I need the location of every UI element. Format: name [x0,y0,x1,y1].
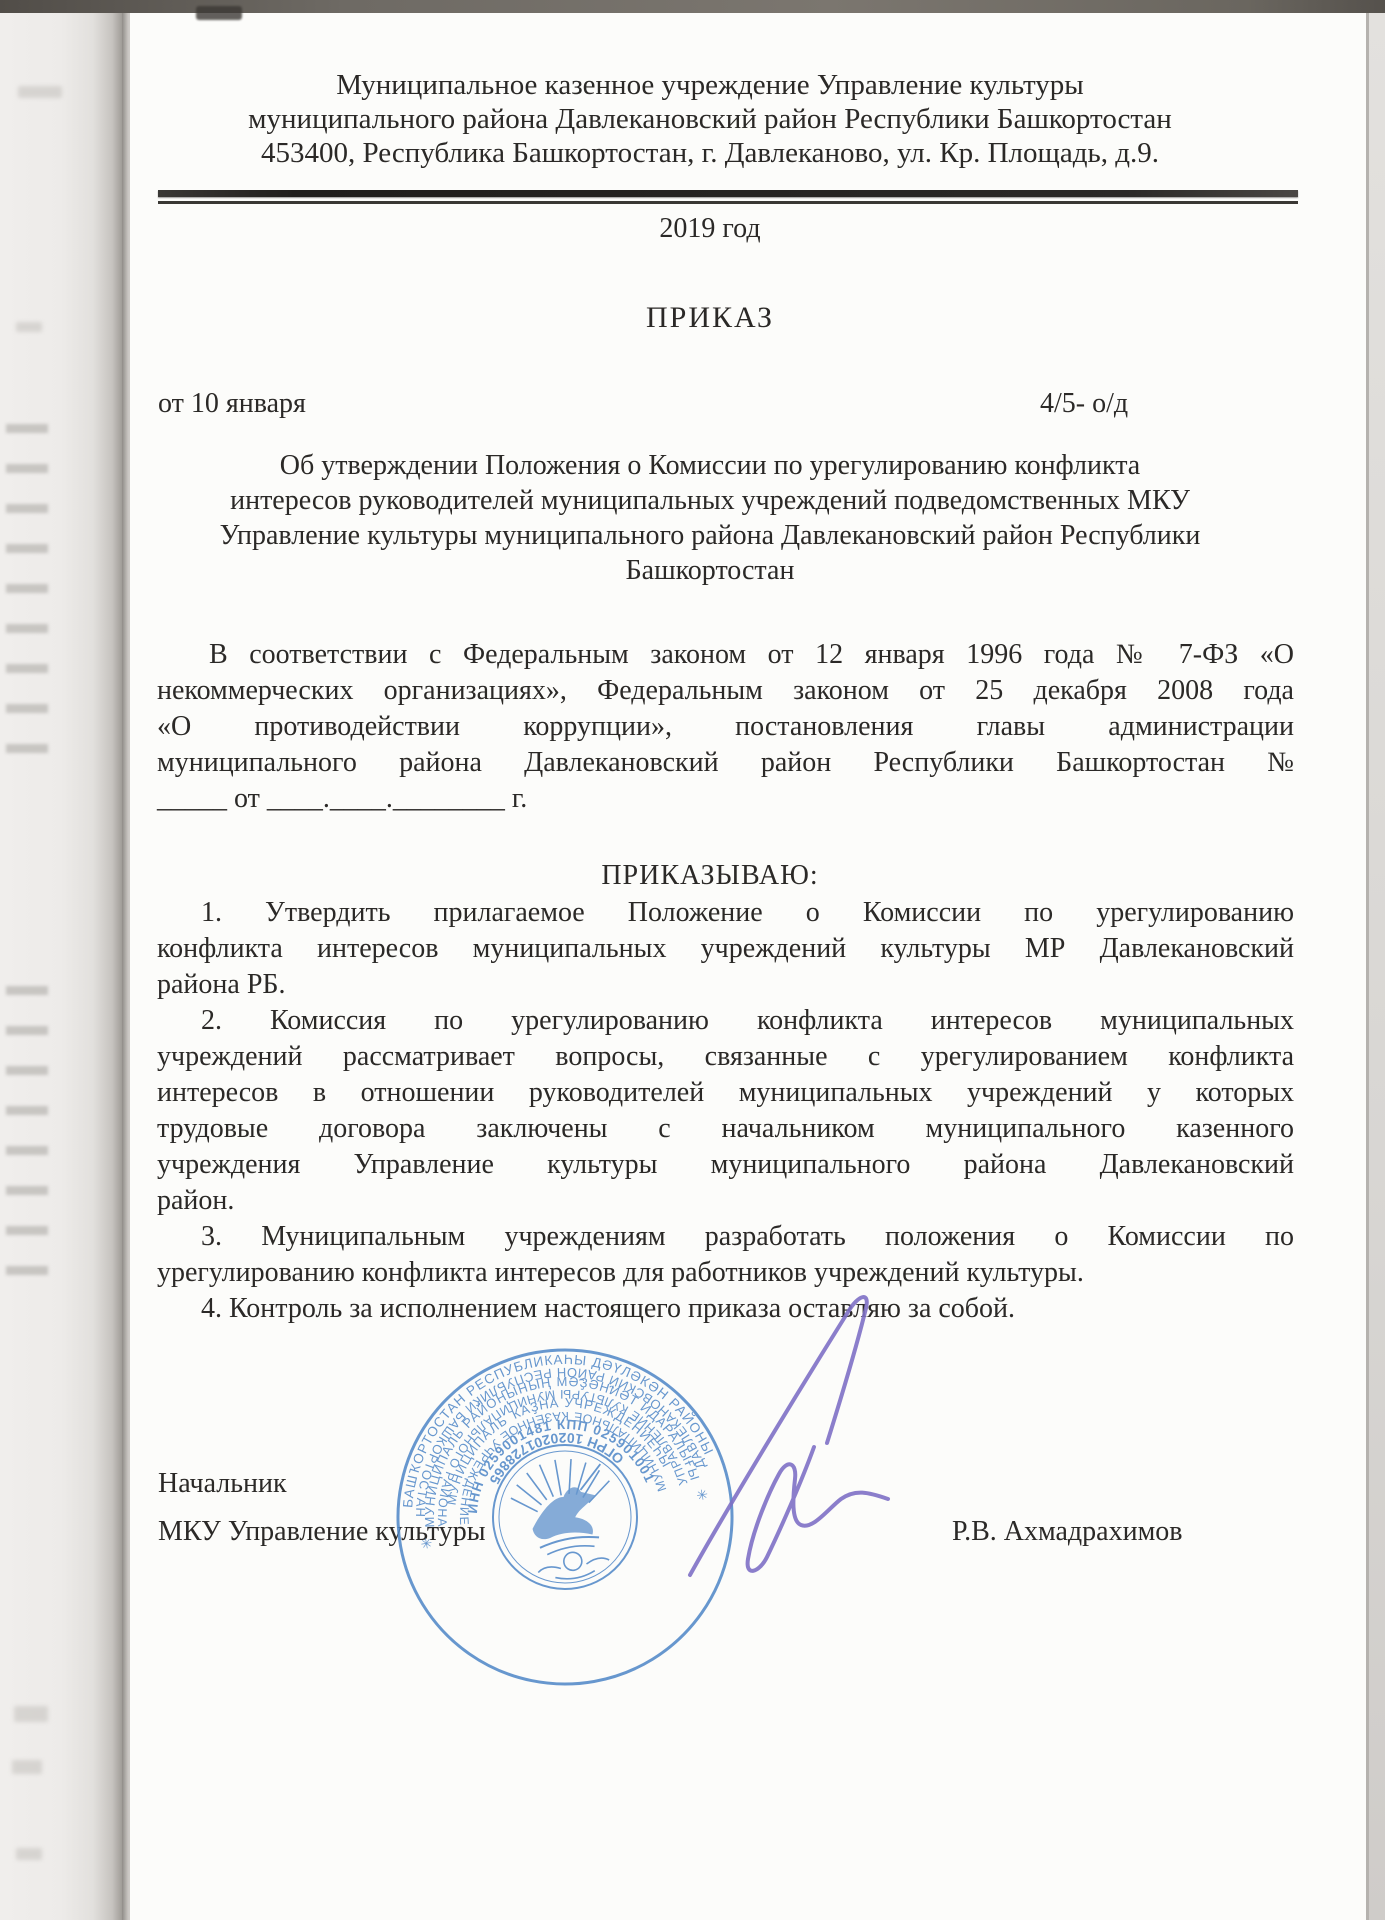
resolve-heading: ПРИКАЗЫВАЮ: [140,858,1280,894]
ghost-text-smudge [12,1760,42,1774]
stamp-star-left: ✳ [419,1535,433,1553]
ghost-text-smudge [16,1848,42,1860]
order-item-2: 2. Комиссия по урегулированию конфликта … [157,1003,1294,1219]
preamble-line: В соответствии с Федеральным законом от … [157,637,1294,673]
ghost-text-smudge [6,424,48,774]
ghost-text-smudge [14,1706,48,1722]
scan-edge-blob [196,6,242,20]
order-item-line: район. [157,1183,1294,1219]
year-line: 2019 год [140,211,1280,247]
order-number: 4/5- о/д [1040,386,1128,422]
subject-line: Управление культуры муниципального район… [140,518,1280,553]
ghost-text-smudge [16,322,42,332]
document-type-title: ПРИКАЗ [140,300,1280,336]
order-item-1: 1. Утвердить прилагаемое Положение о Ком… [157,895,1294,1003]
preamble-paragraph: В соответствии с Федеральным законом от … [157,637,1294,817]
stamp-horseman-figure [527,1484,603,1545]
organization-header: Муниципальное казенное учреждение Управл… [140,68,1280,170]
order-item-line: конфликта интересов муниципальных учрежд… [157,931,1294,967]
handwritten-signature [630,1255,930,1605]
preamble-line: муниципального района Давлекановский рай… [157,745,1294,781]
order-item-line: интересов в отношении руководителей муни… [157,1075,1294,1111]
scanned-order-document: Муниципальное казенное учреждение Управл… [0,0,1385,1920]
ghost-text-smudge [6,986,48,1306]
order-item-line: района РБ. [157,967,1294,1003]
ghost-text-smudge [18,86,62,98]
signature-stroke [748,1447,888,1571]
preamble-line: некоммерческих организациях», Федеральны… [157,673,1294,709]
org-header-line: Муниципальное казенное учреждение Управл… [140,68,1280,102]
order-item-line: учреждения Управление культуры муниципал… [157,1147,1294,1183]
order-date: от 10 января [158,386,306,422]
header-divider-thick [158,190,1298,197]
preamble-line: _____ от ____.____.________ г. [157,781,1294,817]
order-item-line: 2. Комиссия по урегулированию конфликта … [157,1003,1294,1039]
order-subject: Об утверждении Положения о Комиссии по у… [140,448,1280,588]
order-item-line: 3. Муниципальным учреждениям разработать… [157,1219,1294,1255]
signer-name: Р.В. Ахмадрахимов [952,1516,1183,1548]
org-header-line: муниципального района Давлекановский рай… [140,102,1280,136]
preamble-line: «О противодействии коррупции», постановл… [157,709,1294,745]
subject-line: Башкортостан [140,553,1280,588]
order-item-line: учреждений рассматривает вопросы, связан… [157,1039,1294,1075]
subject-line: Об утверждении Положения о Комиссии по у… [140,448,1280,483]
signer-position-line-1: Начальник [158,1468,287,1500]
scan-right-margin [1369,13,1385,1920]
header-divider-thin [158,201,1298,204]
order-item-line: трудовые договора заключены с начальнико… [157,1111,1294,1147]
org-header-line: 453400, Республика Башкортостан, г. Давл… [140,136,1280,170]
adjacent-page-strip [0,13,122,1920]
subject-line: интересов руководителей муниципальных уч… [140,483,1280,518]
order-item-line: 1. Утвердить прилагаемое Положение о Ком… [157,895,1294,931]
